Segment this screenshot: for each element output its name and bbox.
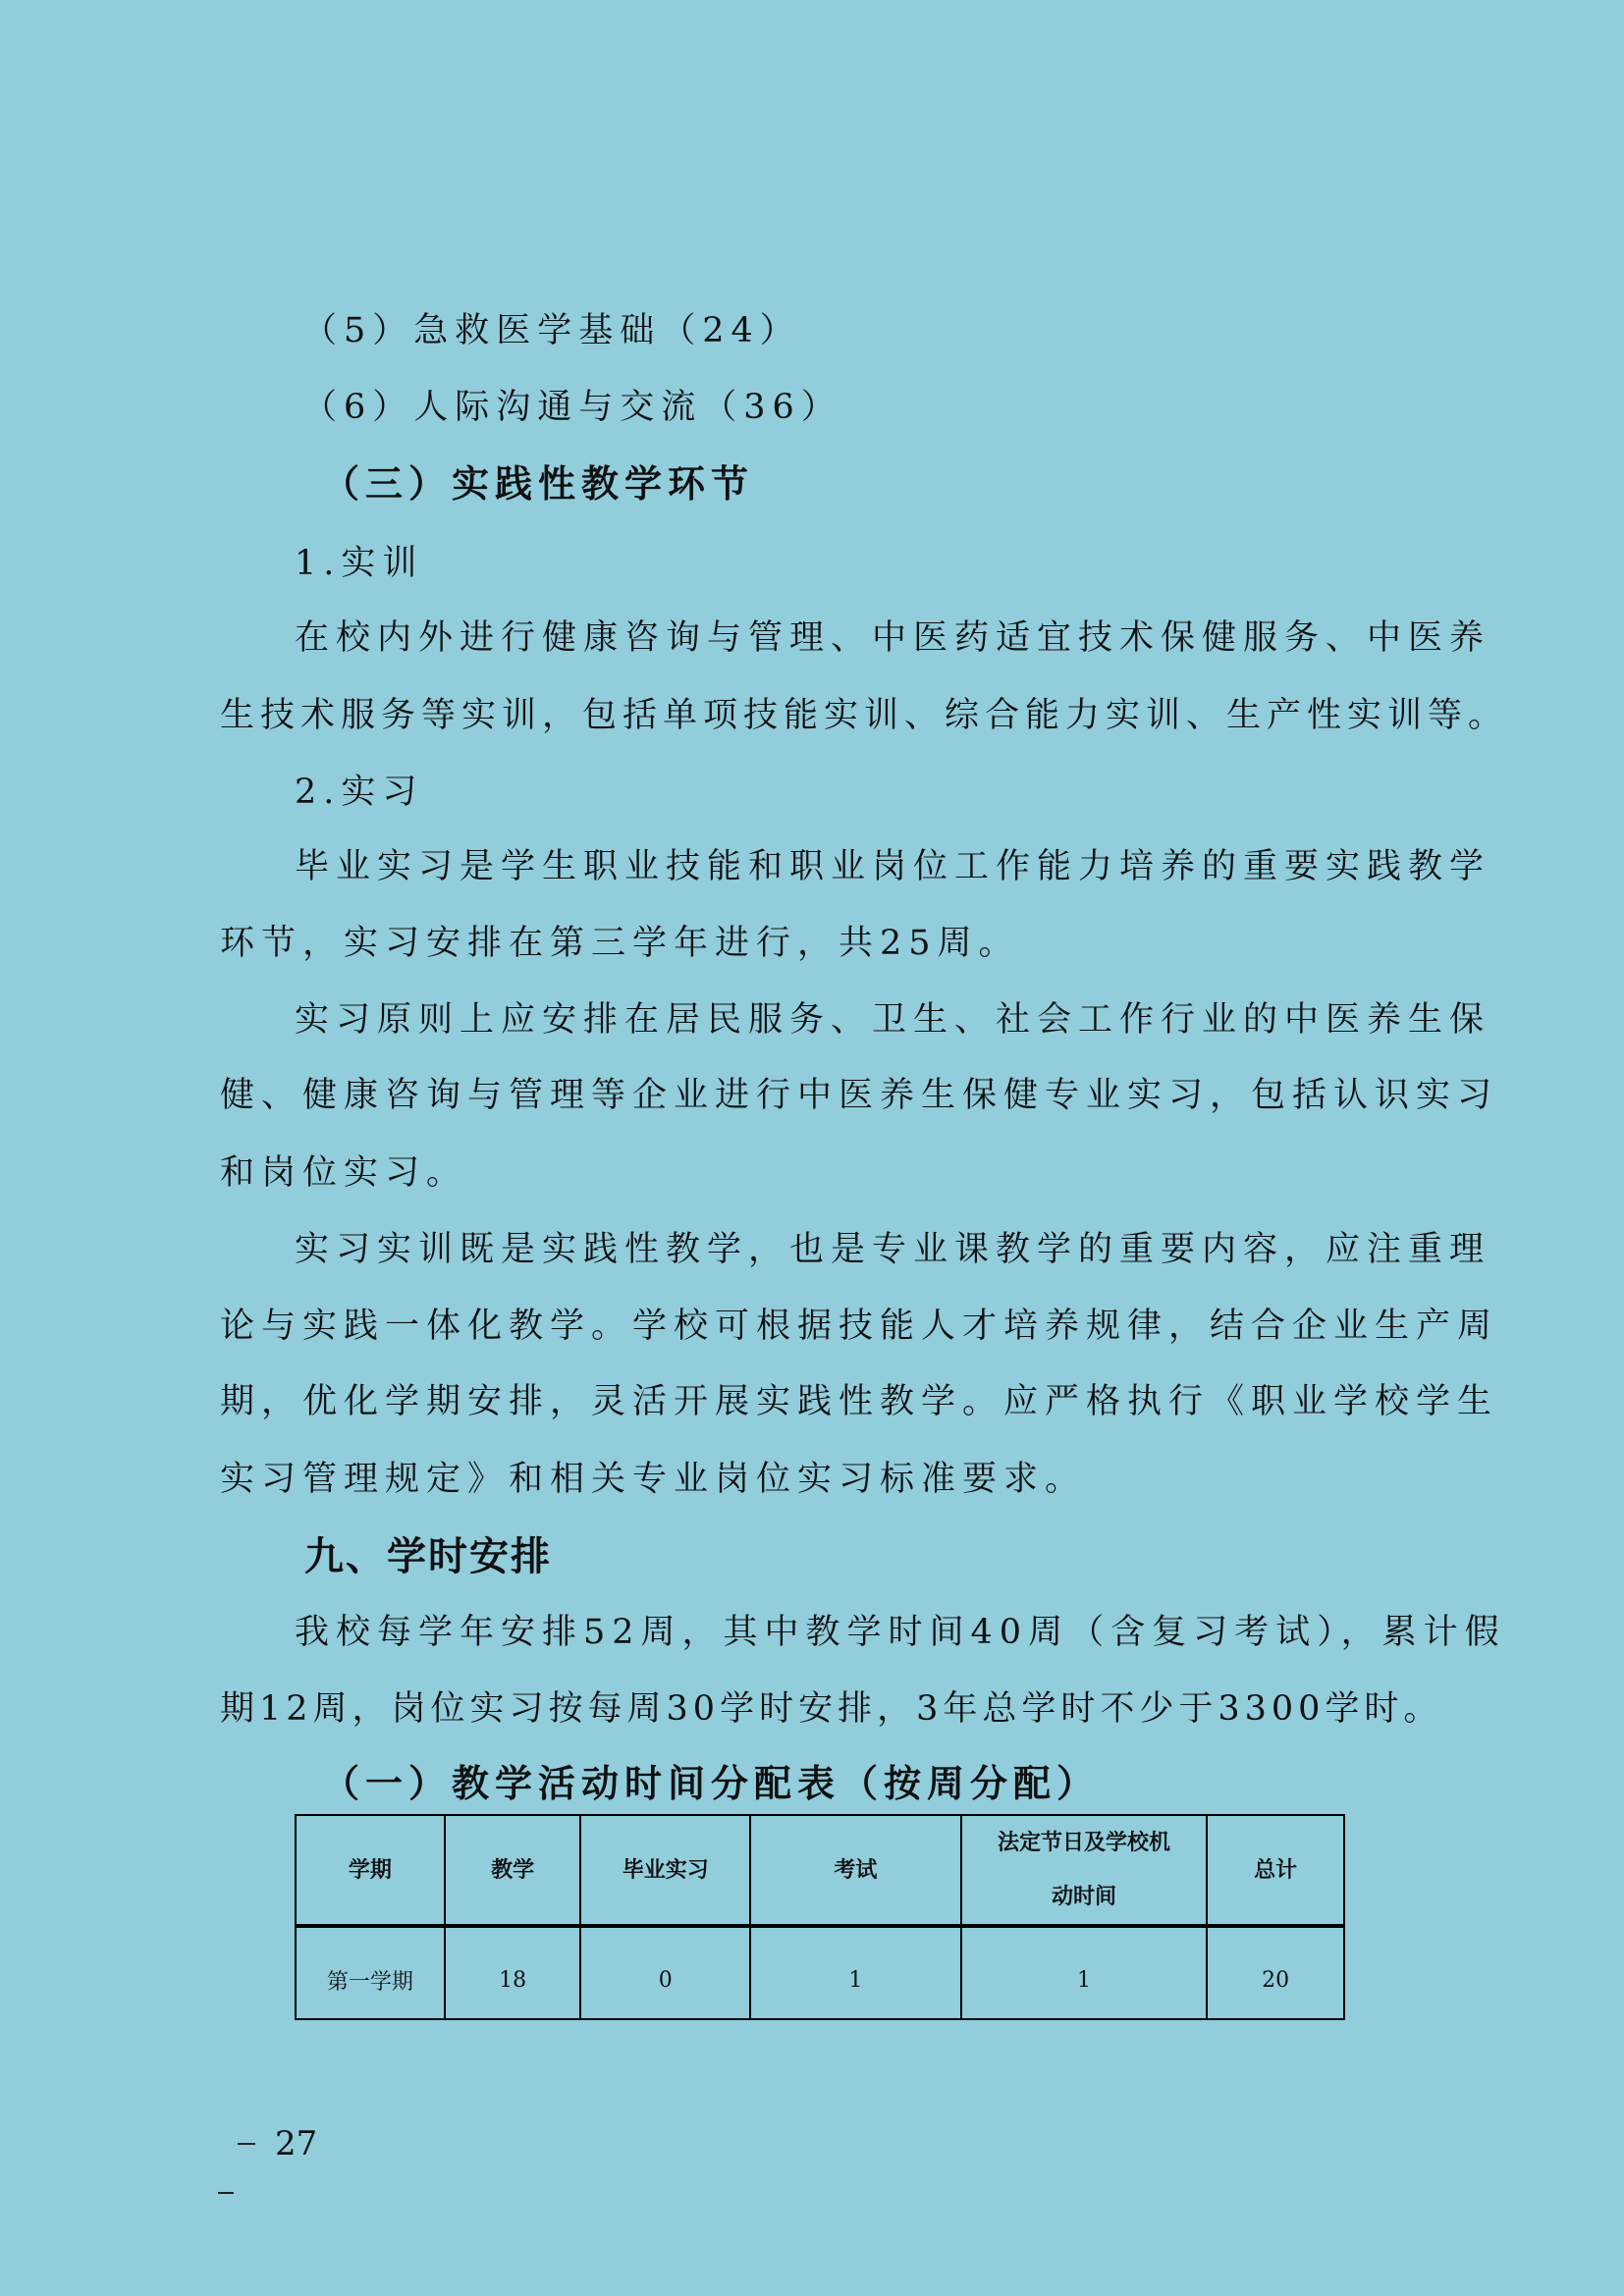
page-dash-left bbox=[238, 2143, 255, 2145]
column-header-semester: 学期 bbox=[296, 1815, 445, 1926]
subsection-title: 2.实习 bbox=[295, 775, 423, 810]
paragraph-line: 在校内外进行健康咨询与管理、中医药适宜技术保健服务、中医养 bbox=[295, 621, 1490, 656]
paragraph-line: 生技术服务等实训，包括单项技能实训、综合能力实训、生产性实训等。 bbox=[220, 699, 1508, 733]
column-header-holidays: 法定节日及学校机 动时间 bbox=[961, 1815, 1208, 1926]
paragraph-line: 毕业实习是学生职业技能和职业岗位工作能力培养的重要实践教学 bbox=[295, 850, 1490, 884]
header-line: 法定节日及学校机 bbox=[962, 1816, 1207, 1870]
paragraph-line: 实习原则上应安排在居民服务、卫生、社会工作行业的中医养生保 bbox=[295, 1003, 1490, 1038]
paragraph-line: 期12周，岗位实习按每周30学时安排，3年总学时不少于3300学时。 bbox=[220, 1692, 1442, 1727]
column-header-teaching: 教学 bbox=[445, 1815, 581, 1926]
cell-semester: 第一学期 bbox=[296, 1926, 445, 2019]
paragraph-line: 期，优化学期安排，灵活开展实践性教学。应严格执行《职业学校学生 bbox=[220, 1385, 1498, 1419]
course-item: （6）人际沟通与交流（36） bbox=[302, 391, 842, 425]
chapter-heading: 九、学时安排 bbox=[304, 1537, 552, 1576]
paragraph-line: 实习实训既是实践性教学，也是专业课教学的重要内容，应注重理 bbox=[295, 1233, 1490, 1267]
column-header-internship: 毕业实习 bbox=[580, 1815, 750, 1926]
paragraph-line: 论与实践一体化教学。学校可根据技能人才培养规律，结合企业生产周 bbox=[220, 1309, 1498, 1344]
paragraph-line: 健、健康咨询与管理等企业进行中医养生保健专业实习，包括认识实习 bbox=[220, 1079, 1498, 1113]
table-header-row: 学期 教学 毕业实习 考试 法定节日及学校机 动时间 总计 bbox=[296, 1815, 1344, 1926]
paragraph-line: 环节，实习安排在第三学年进行，共25周。 bbox=[220, 927, 1020, 961]
column-header-exam: 考试 bbox=[750, 1815, 961, 1926]
column-header-total: 总计 bbox=[1207, 1815, 1344, 1926]
table-row: 第一学期 18 0 1 1 20 bbox=[296, 1926, 1344, 2019]
cell-teaching: 18 bbox=[445, 1926, 581, 2019]
header-line: 动时间 bbox=[962, 1870, 1207, 1924]
section-heading: （三）实践性教学环节 bbox=[322, 465, 754, 503]
cell-total: 20 bbox=[1207, 1926, 1344, 2019]
page-number: 27 bbox=[275, 2124, 317, 2163]
cell-internship: 0 bbox=[580, 1926, 750, 2019]
paragraph-line: 和岗位实习。 bbox=[220, 1156, 467, 1191]
subsection-title: 1.实训 bbox=[295, 547, 423, 581]
paragraph-line: 我校每学年安排52周，其中教学时间40周（含复习考试），累计假 bbox=[295, 1616, 1506, 1650]
cell-exam: 1 bbox=[750, 1926, 961, 2019]
paragraph-line: 实习管理规定》和相关专业岗位实习标准要求。 bbox=[220, 1463, 1086, 1497]
course-item: （5）急救医学基础（24） bbox=[302, 314, 801, 348]
schedule-table: 学期 教学 毕业实习 考试 法定节日及学校机 动时间 总计 第一学期 18 0 … bbox=[295, 1814, 1345, 2020]
page-dash-below bbox=[218, 2192, 234, 2194]
table-title: （一）教学活动时间分配表（按周分配） bbox=[322, 1765, 1100, 1802]
cell-holidays: 1 bbox=[961, 1926, 1208, 2019]
